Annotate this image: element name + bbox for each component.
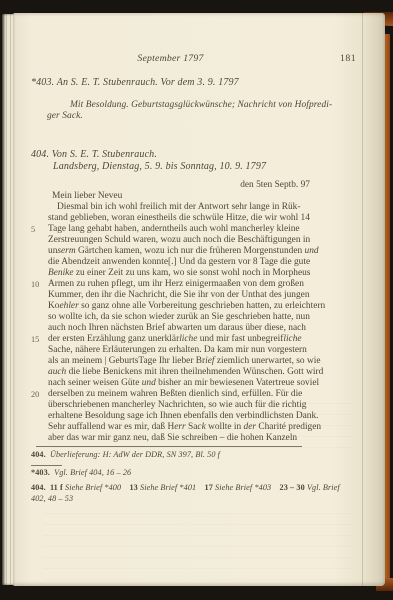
running-title: September 1797 [16, 53, 325, 64]
letter-line: stand geblieben, woran einestheils die s… [48, 213, 360, 224]
letter-line: 20derselben zu meinem wahren Beßten dien… [48, 389, 360, 400]
letter-dateline: den 5ten Septb. 97 [48, 180, 310, 190]
letter-line: unserm Gärtchen kamen, wozu ich nur die … [48, 246, 360, 257]
page-number: 181 [340, 53, 356, 64]
line-number: 15 [31, 334, 39, 345]
letter-line: Benike zu einer Zeit zu uns kam, wo sie … [48, 268, 360, 279]
apparatus-short-rule [31, 465, 62, 466]
letter-line: 10Armen zu ruhen pflegt, um ihr Herz ein… [48, 279, 360, 290]
letter-line: erhaltene Besoldung sage ich Ihnen ebenf… [48, 411, 360, 422]
footnote-403: *403. Vgl. Brief 404, 16 – 26 [31, 468, 131, 478]
letter-line: die Abendzeit anwenden konnte[.] Und da … [48, 257, 360, 268]
letter-line: auch noch Ihren nächsten Brief abwarten … [48, 323, 360, 334]
letter-line: auch die liebe Benickens mit ihren theil… [48, 367, 360, 378]
letter-line: Sache, nähere Erläuterungen zu erhalten.… [48, 345, 360, 356]
letter-line: als an meinem | GeburtsTage Ihr lieber B… [48, 356, 360, 367]
letter-line: Kummer, den ihr die Nachricht, die Sie i… [48, 290, 360, 301]
footnote-404-refs-line1: 404. 11 f Siehe Brief *400 13 Siehe Brie… [31, 483, 340, 493]
letter-line: überschriebenen mancherley Nachrichten, … [48, 400, 360, 411]
entry-404-heading-line2: Landsberg, Dienstag, 5. 9. bis Sonntag, … [53, 161, 266, 172]
letter-line: so wollte ich, da sie schon wieder zurük… [48, 312, 360, 323]
entry-404-heading-line1: 404. Von S. E. T. Stubenrauch. [31, 149, 157, 160]
letter-line: nach seiner weisen Güte und bisher an mi… [48, 378, 360, 389]
line-number: 5 [31, 224, 35, 235]
letter-line: 5Tage lang gehabt haben, anderntheils au… [48, 224, 360, 235]
entry-403-summary-line: ger Sack. [47, 111, 83, 121]
footnote-404-refs-line2: 402, 48 – 53 [31, 494, 73, 504]
letter-line: aber das war mir ganz neu, daß Sie schre… [48, 433, 360, 444]
letter-line: 15der ersten Erzählung ganz unerklärlich… [48, 334, 360, 345]
letter-line: Zerstreuungen Schuld waren, wozu auch no… [48, 235, 360, 246]
page-content: September 1797 181 *403. An S. E. T. Stu… [0, 0, 393, 600]
line-number: 20 [31, 389, 39, 400]
footnote-ueberlieferung: 404. Überlieferung: H: AdW der DDR, SN 3… [31, 450, 220, 460]
letter-line: Diesmal bin ich wohl freilich mit der An… [48, 202, 360, 213]
apparatus-separator-rule [36, 446, 302, 447]
line-number: 10 [31, 279, 39, 290]
letter-line: Koehler so ganz ohne alle Vorbereitung g… [48, 301, 360, 312]
book-photo: September 1797 181 *403. An S. E. T. Stu… [0, 0, 393, 600]
letter-line: Sehr auffallend war es mir, daß Herr Sac… [48, 422, 360, 433]
letter-body: Diesmal bin ich wohl freilich mit der An… [48, 202, 360, 444]
entry-403-summary-line: Mit Besoldung. Geburtstagsglückwünsche; … [47, 100, 332, 110]
entry-403-heading: *403. An S. E. T. Stubenrauch. Vor dem 3… [31, 77, 239, 88]
letter-salutation: Mein lieber Neveu [52, 191, 122, 201]
